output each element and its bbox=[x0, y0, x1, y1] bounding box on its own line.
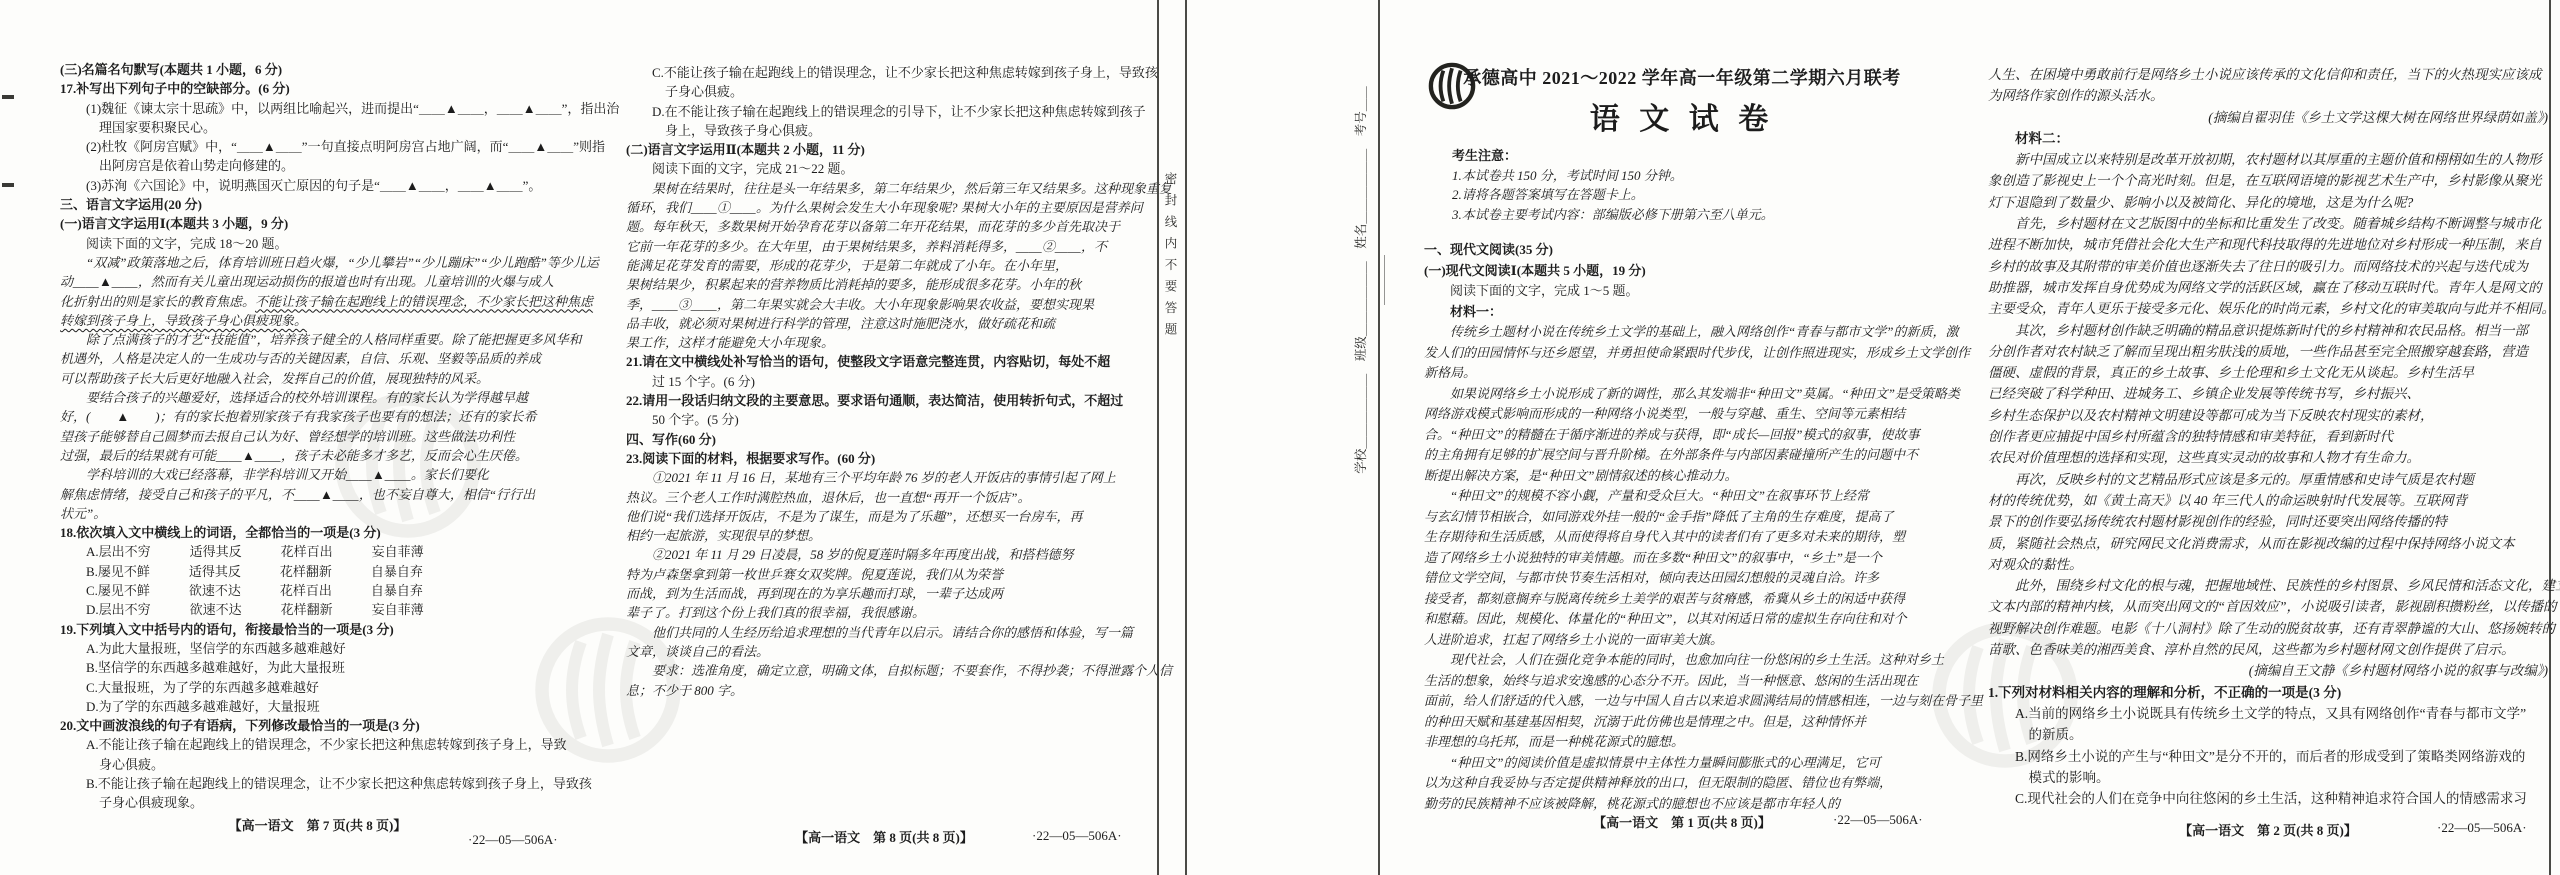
text-line: 文本内部的精神内核，从而突出网文的“首因效应”，小说吸引读者，影视剧积攒粉丝，以… bbox=[1988, 596, 2548, 617]
text-line: 苗歌、色香味美的湘西美食、淳朴自然的民风，这些都为乡村题材网文创作提供了启示。 bbox=[1988, 639, 2548, 660]
text-line: 化折射出的则是家长的教育焦虑。不能让孩子输在起跑线上的错误理念，不少家长把这种焦… bbox=[60, 292, 575, 311]
page7-paper-code: ·22—05—506A· bbox=[468, 832, 558, 848]
text-line: 望孩子能够替自己圆梦而去报自己认为好、曾经想学的培训班。这些做法功利性 bbox=[60, 427, 575, 446]
text-line: A.当前的网络乡土小说既具有传统乡土文学的特点，又具有网络创作“青春与都市文学” bbox=[1988, 703, 2548, 724]
text-line: 新中国成立以来特别是改革开放初期，农村题材以其厚重的主题价值和栩栩如生的人物形 bbox=[1988, 149, 2548, 170]
text-line: 乡村生态保护以及农村精神文明建设等都可成为当下反映农村现实的素材， bbox=[1988, 405, 2548, 426]
text-line: 果树在结果时，往往是头一年结果多，第二年结果少，然后第三年又结果多。这种现象重复 bbox=[626, 179, 1142, 198]
text-line: 要求：选准角度，确定立意，明确文体，自拟标题；不要套作，不得抄袭；不得泄露个人信 bbox=[626, 661, 1142, 680]
text-line: (摘编自翟羽佳《乡土文学这棵大树在网络世界绿荫如盖》) bbox=[1988, 107, 2548, 128]
text-line: 身心俱疲。 bbox=[60, 755, 575, 774]
text-line: 三、语言文字运用(20 分) bbox=[60, 195, 575, 214]
text-line: 过 15 个字。(6 分) bbox=[626, 372, 1142, 391]
text-line: 创作者更应捕捉中国乡村所蕴含的独特情感和审美特征，看到新时代 bbox=[1988, 426, 2548, 447]
text-line: 已经突破了科学种田、进城务工、乡镇企业发展等传统书写，乡村振兴、 bbox=[1988, 383, 2548, 404]
text-line: 热议。三个老人工作时满腔热血，退休后，也一直想“再开一个饭店”。 bbox=[626, 488, 1142, 507]
text-line: “种田文”的阅读价值是虚拟情景中主体性力量瞬间膨胀式的心理满足，它可 bbox=[1424, 753, 1940, 774]
text-line: (2)杜牧《阿房宫赋》中，“＿＿▲＿＿”一句直接点明阿房宫占地广阔，而“＿＿▲＿… bbox=[60, 137, 575, 156]
text-line: 子身心俱疲现象。 bbox=[60, 793, 575, 812]
exam-title: 承德高中 2021～2022 学年高一年级第二学期六月联考 bbox=[1424, 64, 1940, 90]
text-line: D.层出不穷 欲速不达 花样翻新 妄自菲薄 bbox=[60, 600, 575, 619]
text-line: (摘编自王文静《乡村题材网络小说的叙事与改编》) bbox=[1988, 660, 2548, 681]
registration-mark bbox=[2, 183, 14, 187]
text-line: (三)名篇名句默写(本题共 1 小题，6 分) bbox=[60, 60, 575, 79]
text-line: D.在不能让孩子输在起跑线上的错误理念的引导下，让不少家长把这种焦虑转嫁到孩子 bbox=[626, 102, 1142, 121]
text-line: C.不能让孩子输在起跑线上的错误理念，让不少家长把这种焦虑转嫁到孩子身上，导致孩 bbox=[626, 63, 1142, 82]
text-line: 农民对价值理想的选择和实现，这些真实灵动的故事和人物才有生命力。 bbox=[1988, 447, 2548, 468]
text-line: 他们共同的人生经历给追求理想的当代青年以启示。请结合你的感悟和体验，写一篇 bbox=[626, 623, 1142, 642]
text-line: 好，( ▲ )；有的家长抱着别家孩子有我家孩子也要有的想法；还有的家长希 bbox=[60, 407, 575, 426]
text-line: 题。每年秋天，多数果树开始孕育花芽以备第二年开花结果，而花芽的多少首先取决于 bbox=[626, 217, 1142, 236]
text-line: 出阿房宫是依着山势走向修建的。 bbox=[60, 156, 575, 175]
sheet-border-line bbox=[1378, 0, 1380, 875]
seal-line bbox=[1185, 0, 1187, 875]
subject-title: 语 文 试 卷 bbox=[1424, 94, 1940, 138]
text-line: 息；不少于 800 字。 bbox=[626, 681, 1142, 700]
text-line: 21.请在文中横线处补写恰当的语句，使整段文字语意完整连贯，内容贴切，每处不超 bbox=[626, 352, 1142, 371]
text-line: 的主角拥有足够的扩展空间与晋升阶梯。在外部条件与内部因素碰撞所产生的问题中不 bbox=[1424, 445, 1940, 466]
text-line: 特为卢森堡拿到第一枚世乒赛女双奖牌。倪夏莲说，我们从为荣誉 bbox=[626, 565, 1142, 584]
text-line: 可以帮助孩子长大后更好地融入社会，发挥自己的价值，展现独特的风采。 bbox=[60, 369, 575, 388]
text-line: “双减”政策落地之后，体育培训班日趋火爆，“少儿攀岩”“少儿蹦床”“少儿跑酷”等… bbox=[60, 253, 575, 272]
text-line: 阅读下面的文字，完成 21～22 题。 bbox=[626, 159, 1142, 178]
page1-column: 一、现代文阅读(35 分)(一)现代文阅读Ⅰ(本题共 5 小题，19 分) 阅读… bbox=[1424, 240, 1940, 814]
text-line: D.为了学的东西越多越难越好，大量报班 bbox=[60, 697, 575, 716]
text-line: 现代社会，人们在强化竞争本能的同时，也愈加向往一份悠闲的乡土生活。这种对乡土 bbox=[1424, 650, 1940, 671]
text-line: 辈子了。打到这个份上我们真的很幸福，我很感谢。 bbox=[626, 603, 1142, 622]
candidate-notice: 考生注意：1.本试卷共 150 分，考试时间 150 分钟。2.请将各题答案填写… bbox=[1452, 146, 1942, 224]
text-line: 错位文学空间，与都市快节奏生活相对，倾向表达田园幻想般的灵魂自洽。许多 bbox=[1424, 568, 1940, 589]
text-line: (一)现代文阅读Ⅰ(本题共 5 小题，19 分) bbox=[1424, 261, 1940, 282]
text-line: 其次，乡村题材创作缺乏明确的精品意识提炼新时代的乡村精神和农民品格。相当一部 bbox=[1988, 320, 2548, 341]
text-line: 人进阶追求，扛起了网络乡土小说的一面审美大旗。 bbox=[1424, 630, 1940, 651]
text-line: 四、写作(60 分) bbox=[626, 430, 1142, 449]
text-line: ①2021 年 11 月 16 日，某地有三个平均年龄 76 岁的老人开饭店的事… bbox=[626, 468, 1142, 487]
page1-paper-code: ·22—05—506A· bbox=[1833, 812, 1923, 828]
text-line: B.屡见不鲜 适得其反 花样翻新 自暴自弃 bbox=[60, 562, 575, 581]
text-line: A.为此大量报班，坚信学的东西越多越难越好 bbox=[60, 639, 575, 658]
text-line: 子身心俱疲。 bbox=[626, 82, 1142, 101]
text-line: 造了网络乡土小说独特的审美情趣。而在多数“种田文”的叙事中，“乡土”是一个 bbox=[1424, 548, 1940, 569]
text-line: 状元”。 bbox=[60, 504, 575, 523]
text-line: 循环，我们＿＿①＿＿。为什么果树会发生大小年现象呢? 果树大小年的主要原因是营养… bbox=[626, 198, 1142, 217]
text-line: 20.文中画波浪线的句子有语病，下列修改最恰当的一项是(3 分) bbox=[60, 716, 575, 735]
text-line: 主要受众，青年人更乐于接受多元化、娱乐化的时尚元素，乡村文化的审美取向与此并不相… bbox=[1988, 298, 2548, 319]
text-line: 能满足花芽发育的需要，形成的花芽少，于是第二年就成了小年。在小年里， bbox=[626, 256, 1142, 275]
text-line: 合。“种田文”的精髓在于循序渐进的养成与获得，即“成长—回报”模式的叙事，使故事 bbox=[1424, 425, 1940, 446]
text-line: 如果说网络乡土小说形成了新的调性，那么其发端非“种田文”莫属。“种田文”是受策略… bbox=[1424, 384, 1940, 405]
page2-paper-code: ·22—05—506A· bbox=[2437, 820, 2527, 836]
text-line: 材的传统优势，如《黄土高天》以 40 年三代人的命运映射时代发展等。互联网背 bbox=[1988, 490, 2548, 511]
text-line: 僵硬、虚假的背景，真正的乡土故事、乡土伦理和乡土文化无从谈起。乡村生活早 bbox=[1988, 362, 2548, 383]
page7-column: (三)名篇名句默写(本题共 1 小题，6 分)17.补写出下列句子中的空缺部分。… bbox=[60, 60, 575, 813]
text-line: 传统乡土题材小说在传统乡土文学的基础上，融入网络创作“青春与都市文学”的新质，激 bbox=[1424, 322, 1940, 343]
text-line: B.网络乡土小说的产生与“种田文”是分不开的，而后者的形成受到了策略类网络游戏的 bbox=[1988, 746, 2548, 767]
text-line: 23.阅读下面的材料，根据要求写作。(60 分) bbox=[626, 449, 1142, 468]
text-line: 解焦虑情绪，接受自己和孩子的平凡，不＿＿▲＿＿，也不妄自尊大，相信“行行出 bbox=[60, 485, 575, 504]
text-line: 象创造了影视史上一个个高光时刻。但是，在互联网语境的影视艺术生产中，乡村影像从聚… bbox=[1988, 170, 2548, 191]
text-line: 相约一起旅游，实现很早的梦想。 bbox=[626, 526, 1142, 545]
text-line: A.不能让孩子输在起跑线上的错误理念，不少家长把这种焦虑转嫁到孩子身上，导致 bbox=[60, 735, 575, 754]
text-line: 品丰收，就必须对果树进行科学的管理，注意这时施肥浇水，做好疏花和疏 bbox=[626, 314, 1142, 333]
text-line: 模式的影响。 bbox=[1988, 767, 2548, 788]
text-line: 文章，谈谈自己的看法。 bbox=[626, 642, 1142, 661]
registration-mark bbox=[2, 95, 14, 99]
text-line: 乡村的故事及其附带的审美价值也逐渐失去了往日的吸引力。而网络技术的兴起与迭代成为 bbox=[1988, 256, 2548, 277]
text-line: 要结合孩子的兴趣爱好，选择适合的校外培训课程。有的家长认为学得越早越 bbox=[60, 388, 575, 407]
text-line: 阅读下面的文字，完成 1～5 题。 bbox=[1424, 281, 1940, 302]
text-line: 发人们的田园情怀与还乡愿望，并勇担使命紧跟时代步伐，让创作照进现实，形成乡土文学… bbox=[1424, 343, 1940, 364]
text-line: 1.本试卷共 150 分，考试时间 150 分钟。 bbox=[1452, 166, 1942, 186]
text-line: 视野解决创作难题。电影《十八洞村》除了生动的脱贫故事，还有青翠静谧的大山、悠扬婉… bbox=[1988, 618, 2548, 639]
text-line: (1)魏征《谏太宗十思疏》中，以两组比喻起兴，进而提出“＿＿▲＿＿，＿＿▲＿＿”… bbox=[60, 99, 575, 118]
text-line: 的种田天赋和基建基因相契，沉溺于此仿佛也是情理之中。但是，这种情怀并 bbox=[1424, 712, 1940, 733]
text-line: B.坚信学的东西越多越难越好，为此大量报班 bbox=[60, 658, 575, 677]
text-line: 3.本试卷主要考试内容：部编版必修下册第六至八单元。 bbox=[1452, 205, 1942, 225]
text-line: 学科培训的大戏已经落幕，非学科培训又开始＿＿▲＿＿。家长们要化 bbox=[60, 465, 575, 484]
text-line: 过强，最后的结果就有可能＿＿▲＿＿，孩子未必能多才多艺，反而会心生厌倦。 bbox=[60, 446, 575, 465]
text-line: (二)语言文字运用Ⅱ(本题共 2 小题，11 分) bbox=[626, 140, 1142, 159]
text-line: 理国家要积聚民心。 bbox=[60, 118, 575, 137]
left-sheet: (三)名篇名句默写(本题共 1 小题，6 分)17.补写出下列句子中的空缺部分。… bbox=[0, 0, 1250, 875]
text-line: 机遇外，人格是决定人的一生成功与否的关键因素，自信、乐观、坚毅等品质的养成 bbox=[60, 349, 575, 368]
text-line: 17.补写出下列句子中的空缺部分。(6 分) bbox=[60, 79, 575, 98]
text-line: 他们说“我们选择开饭店，不是为了谋生，而是为了乐趣”，还想买一台房车，再 bbox=[626, 507, 1142, 526]
text-line: 面前，给人们舒适的代入感，一边与中国人自古以来追求圆满结局的情感相连，一边与刻在… bbox=[1424, 691, 1940, 712]
text-line: 景下的创作要弘扬传统农村题材影视创作的经验，同时还要突出网络传播的特 bbox=[1988, 511, 2548, 532]
text-line: 助推器，城市发挥自身优势成为网络文学的活跃区域，赢在了移动互联时代。青年人是网文… bbox=[1988, 277, 2548, 298]
student-info-fields: 学校＿＿＿＿＿＿ 班级＿＿＿＿＿＿ 姓名＿＿＿＿＿＿ 考号＿＿＿＿＿＿ bbox=[1351, 84, 1375, 476]
text-line: “种田文”的规模不容小觑，产量和受众巨大。“种田文”在叙事环节上经常 bbox=[1424, 486, 1940, 507]
text-line: A.层出不穷 适得其反 花样百出 妄自菲薄 bbox=[60, 542, 575, 561]
seal-line bbox=[1157, 0, 1159, 875]
page8-column: C.不能让孩子输在起跑线上的错误理念，让不少家长把这种焦虑转嫁到孩子身上，导致孩… bbox=[626, 63, 1142, 700]
right-sheet: 学校＿＿＿＿＿＿ 班级＿＿＿＿＿＿ 姓名＿＿＿＿＿＿ 考号＿＿＿＿＿＿ 承德高中… bbox=[1250, 0, 2560, 875]
text-line: 勤劳的民族精神不应该被降解，桃花源式的臆想也不应该是都市年轻人的 bbox=[1424, 794, 1940, 815]
seal-no-answer-label: 密封线内不要答题 bbox=[1161, 172, 1179, 344]
text-line: 人生、在困境中勇敢前行是网络乡土小说应该传承的文化信仰和责任，当下的火热现实应该… bbox=[1988, 64, 2548, 85]
text-line: 身上，导致孩子身心俱疲。 bbox=[626, 121, 1142, 140]
text-line: 19.下列填入文中括号内的语句，衔接最恰当的一项是(3 分) bbox=[60, 620, 575, 639]
text-line: ②2021 年 11 月 29 日凌晨，58 岁的倪夏莲时隔多年再度出战，和搭档… bbox=[626, 545, 1142, 564]
page8-paper-code: ·22—05—506A· bbox=[1032, 828, 1122, 844]
text-line: 灯下退隐到了数量少、影响小以及被简化、异化的境地，这是为什么呢? bbox=[1988, 192, 2548, 213]
text-line: 50 个字。(5 分) bbox=[626, 410, 1142, 429]
text-line: 网络游戏模式影响而形成的一种网络小说类型，一般与穿越、重生、空间等元素相结 bbox=[1424, 404, 1940, 425]
text-line: 果树结果少，积累起来的营养物质比消耗掉的要多，能形成很多花芽。小年的秋 bbox=[626, 275, 1142, 294]
text-line: 以为这种自我妥协与否定提供精神释放的出口，但无限制的隐匿、错位也有弊端， bbox=[1424, 773, 1940, 794]
text-line: 动＿＿▲＿＿，然而有关儿童出现运动损伤的报道也时有出现。儿童培训的火爆与成人 bbox=[60, 272, 575, 291]
text-line: 果工作，这样才能避免大小年现象。 bbox=[626, 333, 1142, 352]
text-line: 转嫁到孩子身上，导致孩子身心俱疲现象。 bbox=[60, 311, 575, 330]
text-line: C.现代社会的人们在竞争中向往悠闲的乡土生活，这种精神追求符合国人的情感需求习 bbox=[1988, 788, 2548, 809]
text-line: 接受者，都刻意搁弃与脱离传统乡土美学的艰苦与贫瘠感，希冀从乡土的闲适中获得 bbox=[1424, 589, 1940, 610]
text-line: 阅读下面的文字，完成 18～20 题。 bbox=[60, 234, 575, 253]
text-line: 断提出解决方案，是“种田文”剧情叙述的核心推动力。 bbox=[1424, 466, 1940, 487]
text-line: 首先，乡村题材在文艺版图中的坐标和比重发生了改变。随着城乡结构不断调整与城市化 bbox=[1988, 213, 2548, 234]
text-line: 除了点满孩子的才艺“技能值”，培养孩子健全的人格同样重要。除了能把握更多风华和 bbox=[60, 330, 575, 349]
text-line: (3)苏洵《六国论》中，说明燕国灭亡原因的句子是“＿＿▲＿＿，＿＿▲＿＿”。 bbox=[60, 176, 575, 195]
text-line: 生活的想象，始终与追求安逸感的心态分不开。因此，当一种惬意、悠闲的生活出现在 bbox=[1424, 671, 1940, 692]
text-line: 而战，到为生活而战，再到现在的为享乐趣而打球，一辈子达成两 bbox=[626, 584, 1142, 603]
text-line: 一、现代文阅读(35 分) bbox=[1424, 240, 1940, 261]
text-line: 材料二： bbox=[1988, 128, 2548, 149]
text-line: 为网络作家创作的源头活水。 bbox=[1988, 85, 2548, 106]
text-line: C.屡见不鲜 欲速不达 花样百出 自暴自弃 bbox=[60, 581, 575, 600]
page2-column: 人生、在困境中勇敢前行是网络乡土小说应该传承的文化信仰和责任，当下的火热现实应该… bbox=[1988, 64, 2548, 809]
text-line: 的新质。 bbox=[1988, 724, 2548, 745]
exam-scan: (三)名篇名句默写(本题共 1 小题，6 分)17.补写出下列句子中的空缺部分。… bbox=[0, 0, 2560, 875]
text-line: 和慰藉。因此，规模化、体量化的“种田文”，以其对闲适日常的虚拟生存向往和对个 bbox=[1424, 609, 1940, 630]
text-line: 22.请用一段话归纳文段的主要意思。要求语句通顺，表达简洁，使用转折句式，不超过 bbox=[626, 391, 1142, 410]
text-line: 分创作者对农村缺乏了解而呈现出粗劣肤浅的质地，一些作品甚至完全照搬穿越套路，营造 bbox=[1988, 341, 2548, 362]
text-line: 2.请将各题答案填写在答题卡上。 bbox=[1452, 185, 1942, 205]
text-line: (一)语言文字运用Ⅰ(本题共 3 小题，9 分) bbox=[60, 214, 575, 233]
text-line: 它前一年花芽的多少。在大年里，由于果树结果多，养料消耗得多，＿＿②＿＿，不 bbox=[626, 237, 1142, 256]
text-line: 新格局。 bbox=[1424, 363, 1940, 384]
text-line: 此外，围绕乡村文化的根与魂，把握地域性、民族性的乡村图景、乡风民情和活态文化，建… bbox=[1988, 575, 2548, 596]
text-line: 对观众的黏性。 bbox=[1988, 554, 2548, 575]
text-line: 非理想的乌托邦，而是一种桃花源式的臆想。 bbox=[1424, 732, 1940, 753]
text-line: 质，紧随社会热点，研究网民文化消费需求，从而在影视改编的过程中保持网络小说文本 bbox=[1988, 533, 2548, 554]
text-line: 进程不断加快，城市凭借社会化大生产和现代科技取得的先进地位对乡村形成一种压制，来… bbox=[1988, 234, 2548, 255]
text-line: 生存期待和生活质感，从而使得将自身代入其中的读者们有了更多对未来的期待，塑 bbox=[1424, 527, 1940, 548]
text-line: 考生注意： bbox=[1452, 146, 1942, 166]
text-line: B.不能让孩子输在起跑线上的错误理念，让不少家长把这种焦虑转嫁到孩子身上，导致孩 bbox=[60, 774, 575, 793]
text-line: 材料一： bbox=[1424, 302, 1940, 323]
text-line: C.大量报班，为了学的东西越多越难越好 bbox=[60, 678, 575, 697]
text-line: 18.依次填入文中横线上的词语，全都恰当的一项是(3 分) bbox=[60, 523, 575, 542]
text-line: 1.下列对材料相关内容的理解和分析，不正确的一项是(3 分) bbox=[1988, 682, 2548, 703]
text-line: 与玄幻情节相嵌合，如同游戏外挂一般的“金手指”降低了主角的生存难度，提高了 bbox=[1424, 507, 1940, 528]
text-line: 季，＿＿③＿＿，第二年果实就会大丰收。大小年现象影响果农收益，要想实现果 bbox=[626, 295, 1142, 314]
sheet-border-line bbox=[2549, 0, 2551, 875]
text-line: 再次，反映乡村的文艺精品形式应该是多元的。厚重情感和史诗气质是农村题 bbox=[1988, 469, 2548, 490]
